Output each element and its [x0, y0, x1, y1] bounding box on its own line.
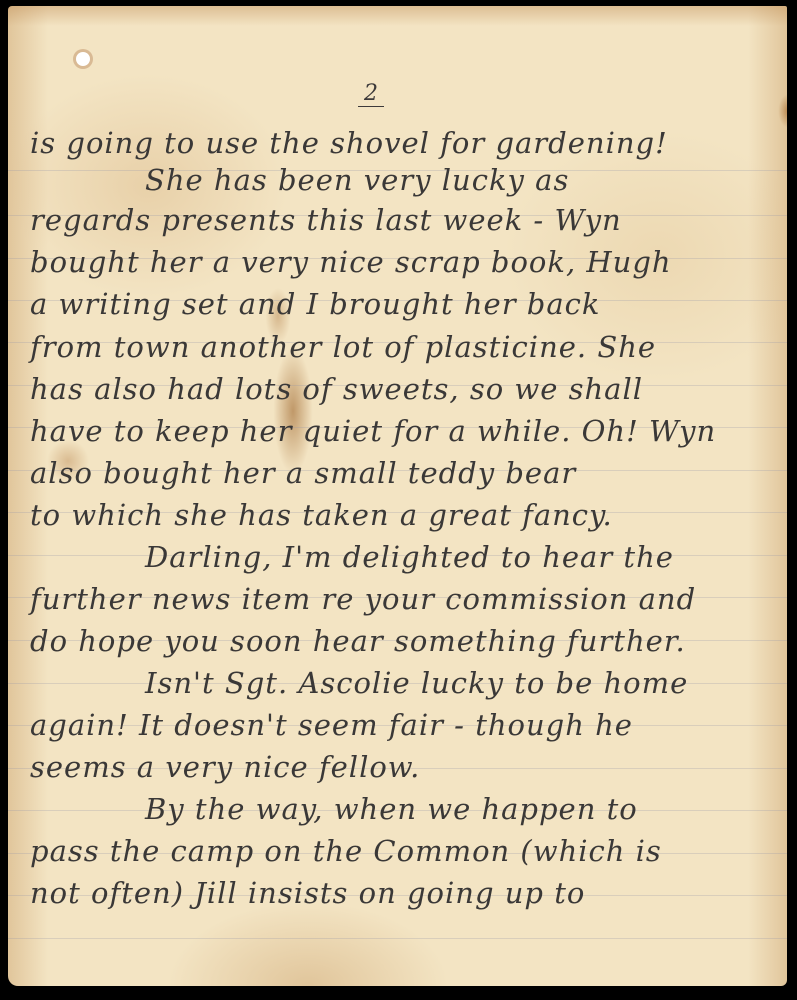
letter-line: to which she has taken a great fancy.: [30, 498, 613, 532]
letter-line: again! It doesn't seem fair - though he: [30, 708, 633, 742]
letter-line: further news item re your commission and: [30, 582, 696, 616]
letter-line: She has been very lucky as: [145, 163, 569, 197]
punch-hole: [76, 52, 90, 66]
letter-line: pass the camp on the Common (which is: [30, 834, 662, 868]
letter-line: a writing set and I brought her back: [30, 287, 600, 321]
letter-line: bought her a very nice scrap book, Hugh: [30, 245, 672, 279]
letter-line: has also had lots of sweets, so we shall: [30, 372, 643, 406]
letter-line: seems a very nice fellow.: [30, 750, 420, 784]
letter-line: not often) Jill insists on going up to: [30, 876, 585, 910]
ruled-line: [8, 938, 787, 939]
letter-line: have to keep her quiet for a while. Oh! …: [30, 414, 716, 448]
letter-line: do hope you soon hear something further.: [30, 624, 686, 658]
letter-line: By the way, when we happen to: [145, 792, 638, 826]
letter-line: also bought her a small teddy bear: [30, 456, 576, 490]
letter-line: Isn't Sgt. Ascolie lucky to be home: [145, 666, 688, 700]
letter-line: regards presents this last week - Wyn: [30, 203, 622, 237]
letter-line: Darling, I'm delighted to hear the: [145, 540, 674, 574]
letter-line: from town another lot of plasticine. She: [30, 330, 656, 364]
page-number: 2: [358, 82, 384, 107]
letter-line: is going to use the shovel for gardening…: [30, 126, 668, 160]
